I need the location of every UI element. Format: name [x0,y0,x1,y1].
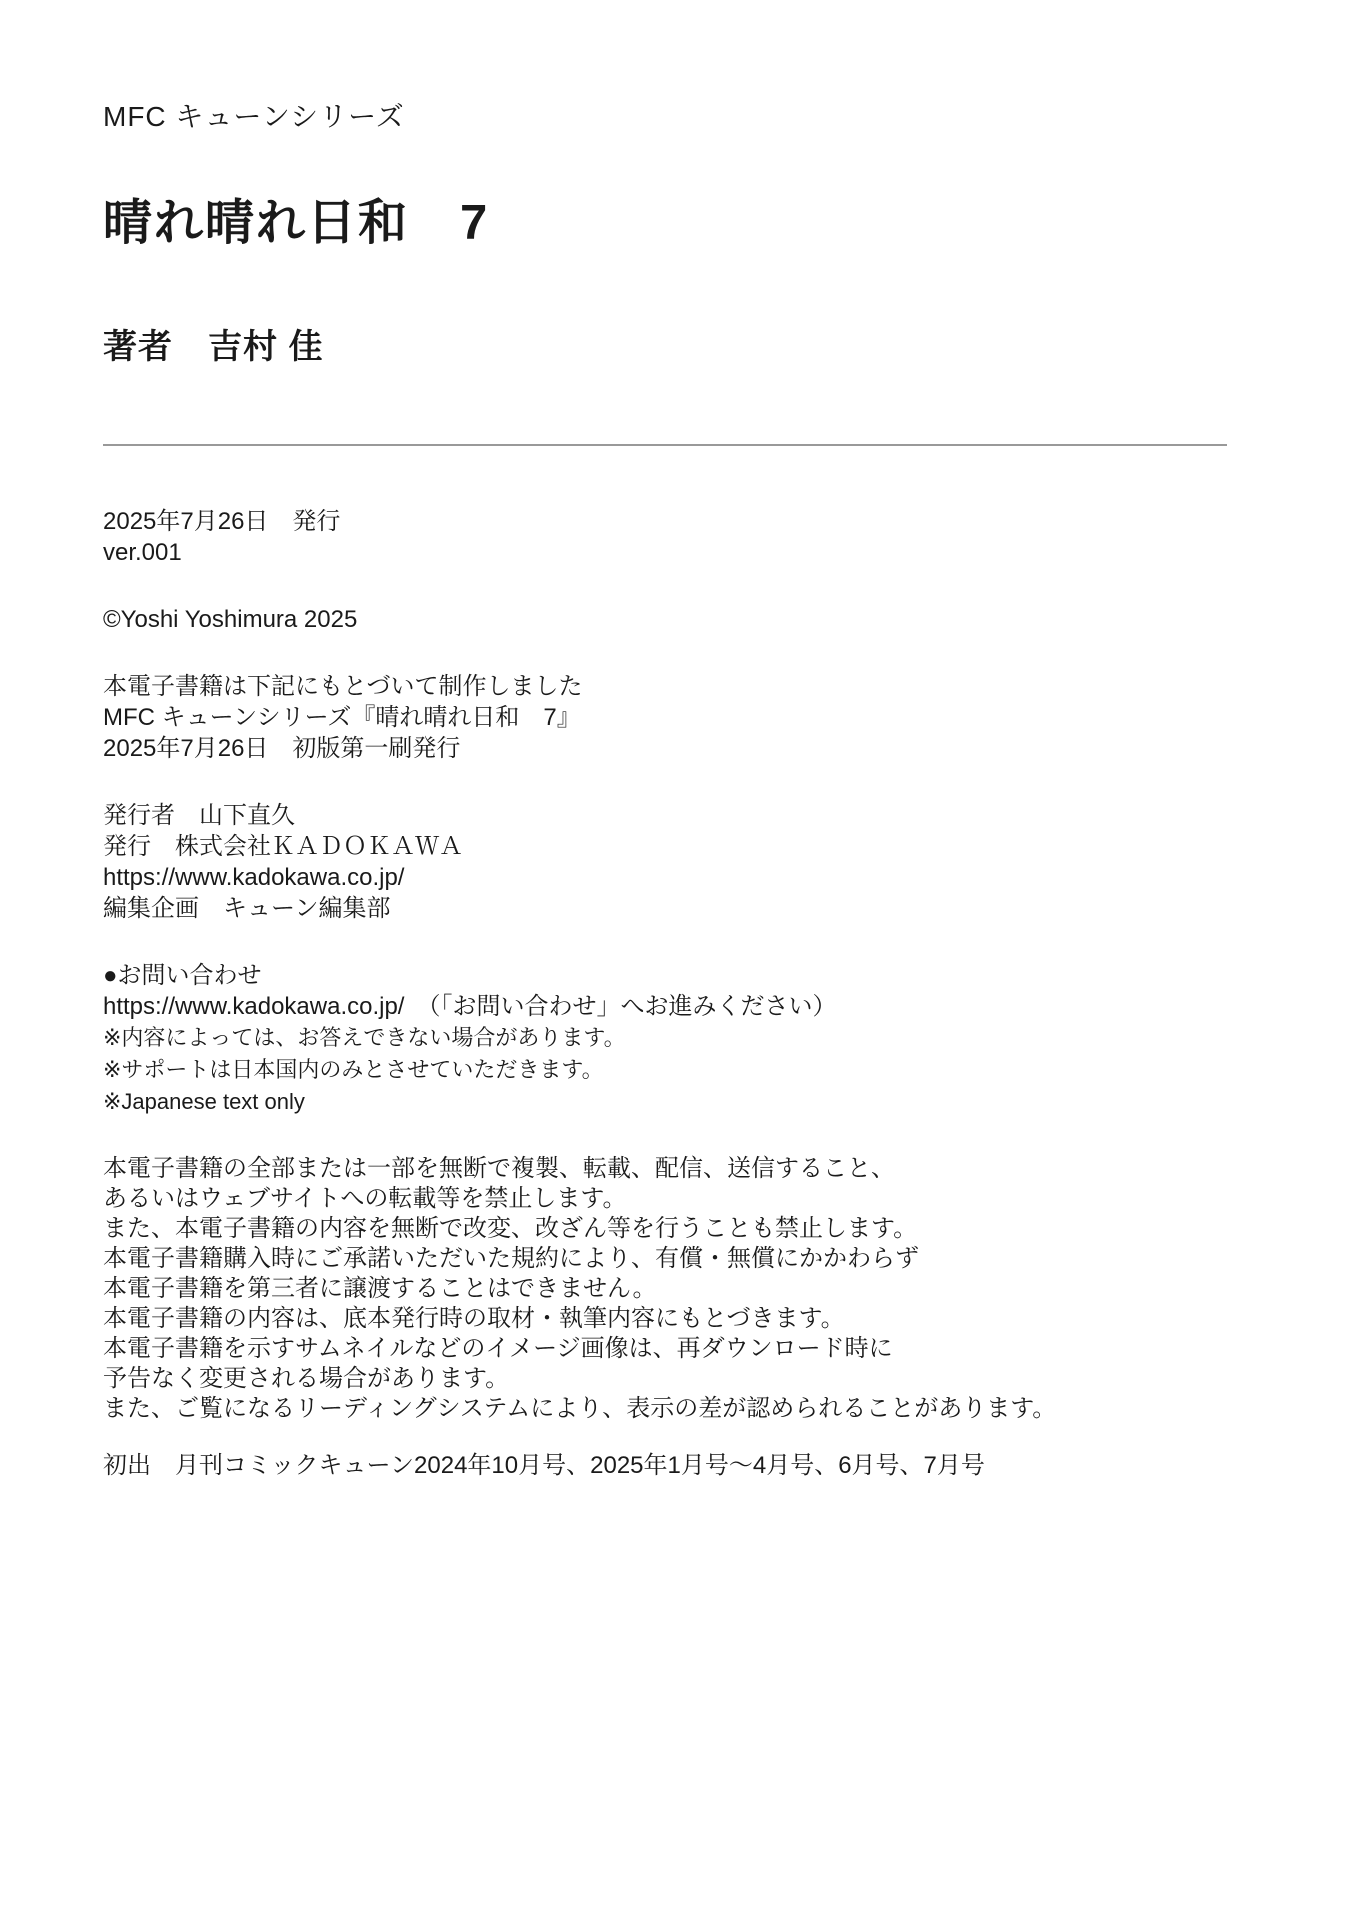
colophon-page: MFC キューンシリーズ 晴れ晴れ日和 7 著者 吉村 佳 2025年7月26日… [0,0,1350,1920]
colophon-body: 2025年7月26日 発行 ver.001 ©Yoshi Yoshimura 2… [103,506,1310,1481]
legal-notice-block: 本電子書籍の全部または一部を無断で複製、転載、配信、送信すること、 あるいはウェ… [103,1154,1310,1424]
legal-line: 本電子書籍を示すサムネイルなどのイメージ画像は、再ダウンロード時に [103,1334,1310,1364]
legal-line: 本電子書籍の内容は、底本発行時の取材・執筆内容にもとづきます。 [103,1304,1310,1334]
copyright-block: ©Yoshi Yoshimura 2025 [103,604,1310,635]
version-line: ver.001 [103,537,1310,568]
basis-first-print-line: 2025年7月26日 初版第一刷発行 [103,733,1310,764]
copyright-line: ©Yoshi Yoshimura 2025 [103,604,1310,635]
contact-note-3: ※Japanese text only [103,1086,1310,1118]
book-title: 晴れ晴れ日和 7 [103,194,1310,252]
legal-line: 予告なく変更される場合があります。 [103,1364,1310,1394]
issue-date-line: 2025年7月26日 発行 [103,506,1310,537]
contact-note-1: ※内容によっては、お答えできない場合があります。 [103,1022,1310,1054]
legal-line: また、ご覧になるリーディングシステムにより、表示の差が認められることがあります。 [103,1394,1310,1424]
divider-rule [103,444,1227,446]
author-line: 著者 吉村 佳 [103,326,1310,368]
publisher-company-line: 発行 株式会社ＫＡＤＯＫＡＷＡ [103,831,1310,862]
basis-series-title-line: MFC キューンシリーズ『晴れ晴れ日和 7』 [103,702,1310,733]
legal-line: 本電子書籍の全部または一部を無断で複製、転載、配信、送信すること、 [103,1154,1310,1184]
first-appearance-block: 初出 月刊コミックキューン2024年10月号、2025年1月号～4月号、6月号、… [103,1450,1310,1481]
series-label: MFC キューンシリーズ [103,100,1310,134]
legal-line: あるいはウェブサイトへの転載等を禁止します。 [103,1184,1310,1214]
issue-info-block: 2025年7月26日 発行 ver.001 [103,506,1310,568]
legal-line: また、本電子書籍の内容を無断で改変、改ざん等を行うことも禁止します。 [103,1214,1310,1244]
production-basis-block: 本電子書籍は下記にもとづいて制作しました MFC キューンシリーズ『晴れ晴れ日和… [103,671,1310,764]
publisher-block: 発行者 山下直久 発行 株式会社ＫＡＤＯＫＡＷＡ https://www.kad… [103,800,1310,924]
contact-heading: ●お問い合わせ [103,960,1310,991]
contact-url-text: https://www.kadokawa.co.jp/ （「お問い合わせ」へお進… [103,991,1310,1022]
contact-block: ●お問い合わせ https://www.kadokawa.co.jp/ （「お問… [103,960,1310,1118]
legal-line: 本電子書籍を第三者に譲渡することはできません。 [103,1274,1310,1304]
editorial-dept-line: 編集企画 キューン編集部 [103,893,1310,924]
legal-line: 本電子書籍購入時にご承諾いただいた規約により、有償・無償にかかわらず [103,1244,1310,1274]
first-appearance-line: 初出 月刊コミックキューン2024年10月号、2025年1月号～4月号、6月号、… [103,1450,1310,1481]
publisher-person-line: 発行者 山下直久 [103,800,1310,831]
publisher-url-text: https://www.kadokawa.co.jp/ [103,862,1310,893]
contact-note-2: ※サポートは日本国内のみとさせていただきます。 [103,1054,1310,1086]
basis-intro-line: 本電子書籍は下記にもとづいて制作しました [103,671,1310,702]
